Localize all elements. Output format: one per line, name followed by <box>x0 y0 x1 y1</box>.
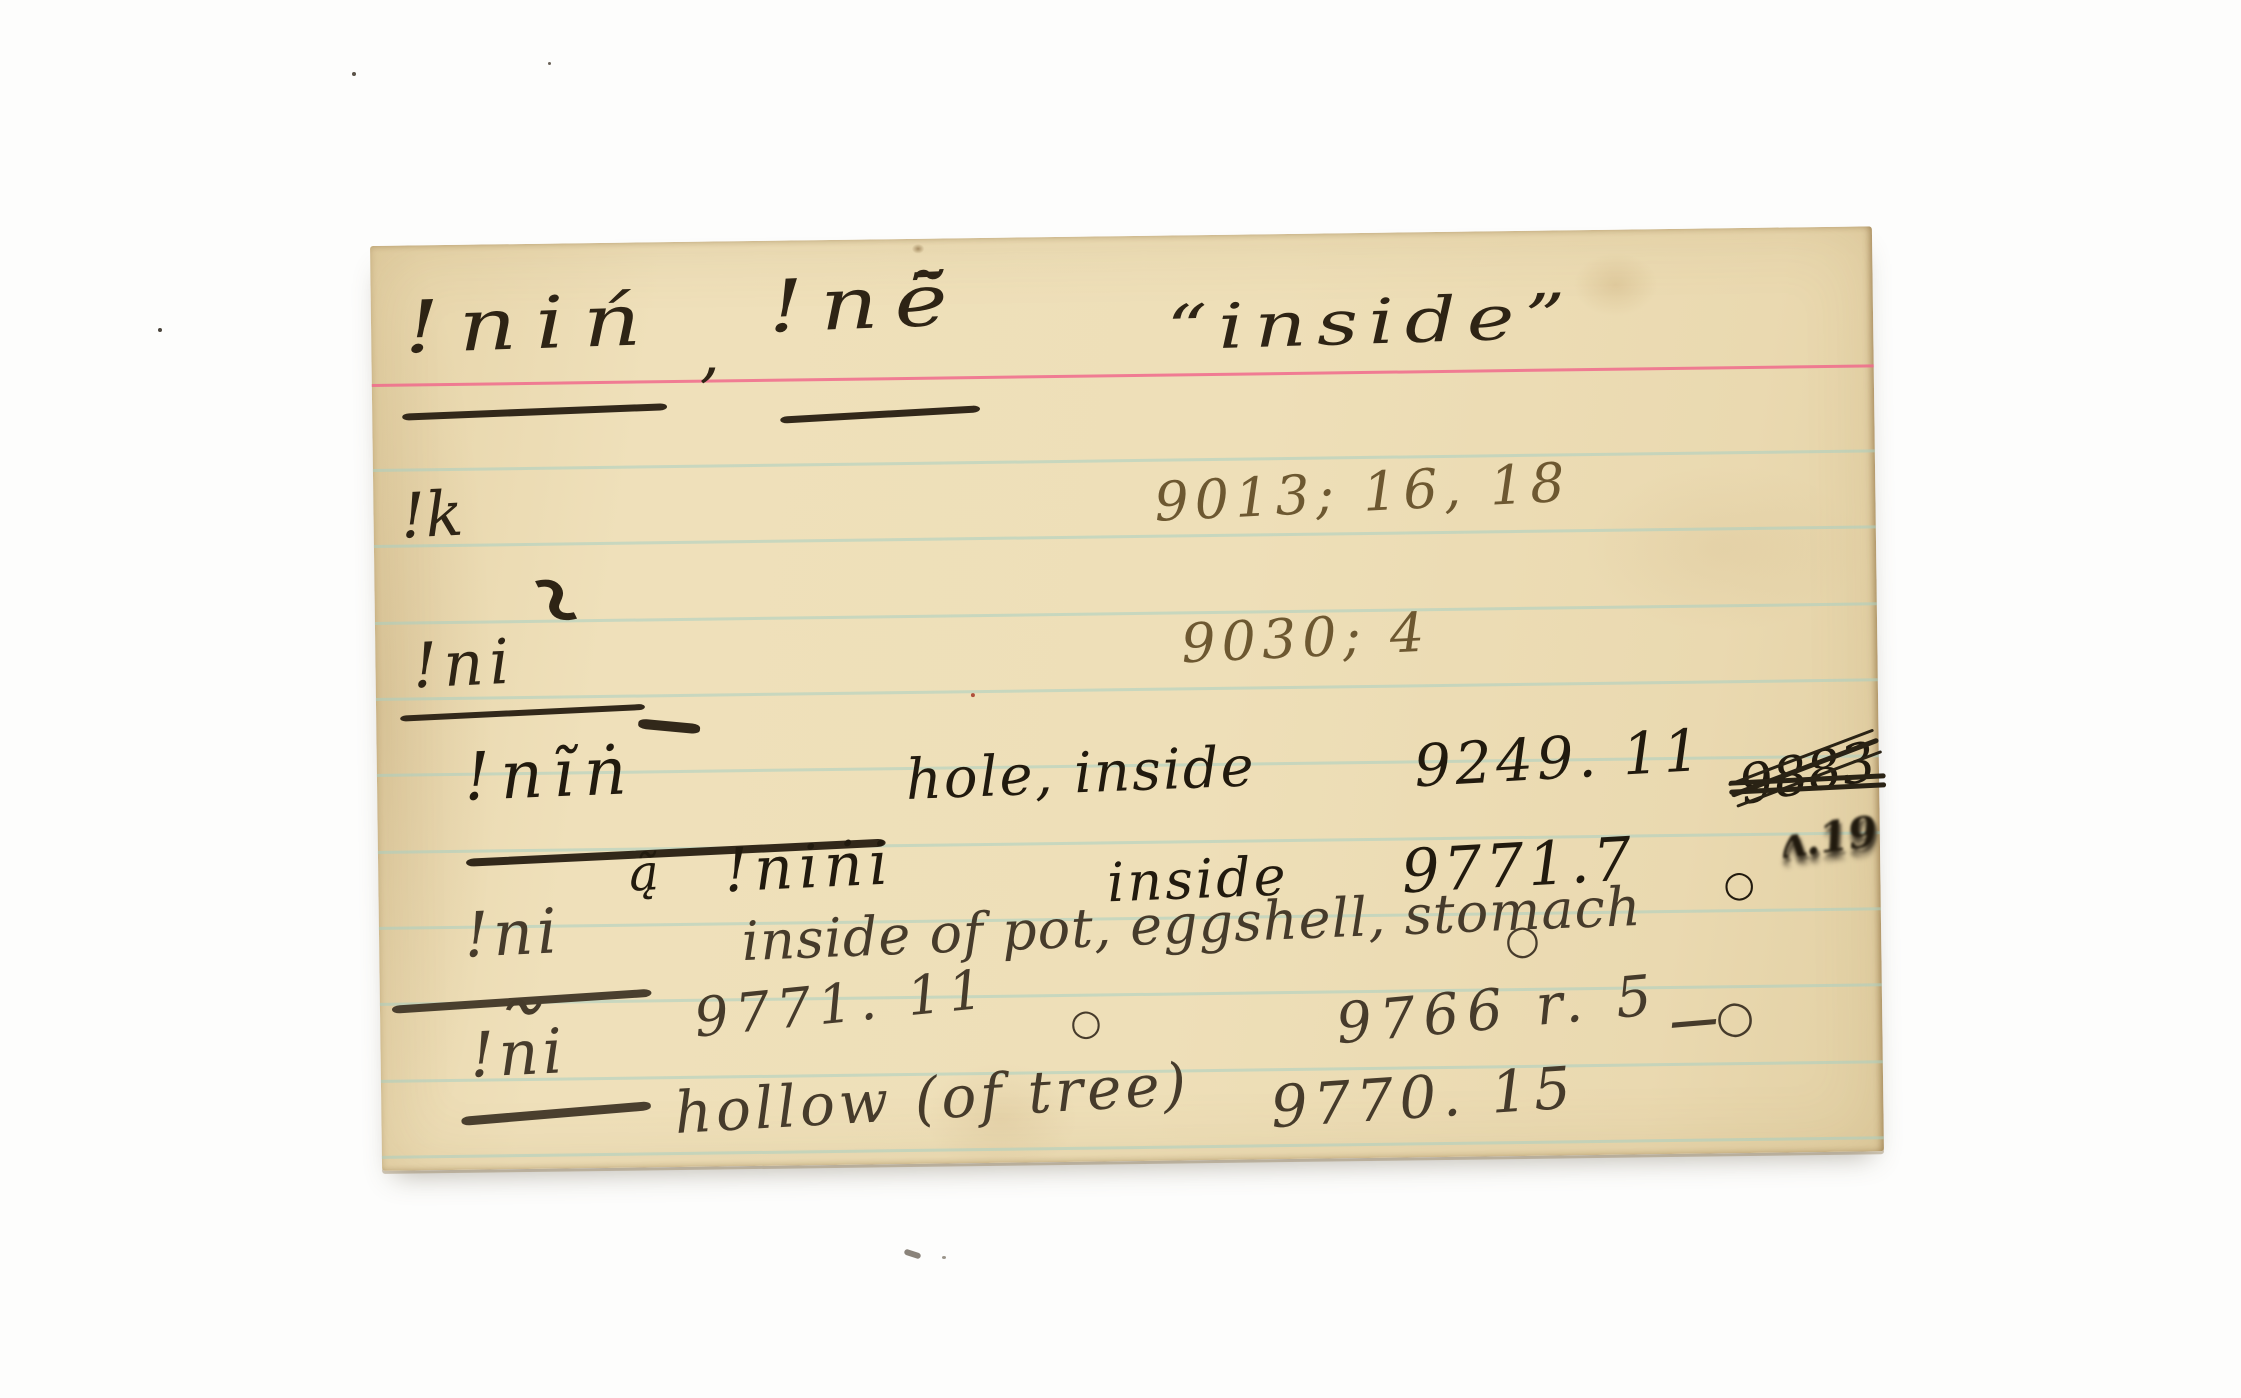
entry-form: !ni <box>463 900 563 967</box>
ink-stray-stroke <box>638 719 701 735</box>
red-ruled-line <box>372 364 1874 387</box>
blue-ruled-line <box>374 525 1876 548</box>
ink-underline <box>400 704 645 722</box>
entry-form: !nĩṅ <box>463 738 638 811</box>
scan-background: !niń , !nē̃ “inside” !k 9013; 16, 18 ˜ !… <box>0 0 2241 1398</box>
entry-form: !niṅi <box>723 833 895 901</box>
entry-gloss: hole, inside <box>905 739 1257 809</box>
entry-form: !ni <box>468 1020 568 1087</box>
circle-mark: ○ <box>1723 866 1755 902</box>
blue-ruled-line <box>375 602 1877 625</box>
paper-speck <box>942 1256 946 1259</box>
paper-speck <box>548 62 551 65</box>
blue-ruled-line <box>376 678 1878 701</box>
index-card: !niń , !nē̃ “inside” !k 9013; 16, 18 ˜ !… <box>370 226 1884 1171</box>
ink-underline <box>402 403 667 420</box>
ink-underline <box>780 405 980 423</box>
entry-refs: 9771. 11 <box>692 962 992 1045</box>
entry-refs: 9249. 11 <box>1413 721 1706 795</box>
headword-secondary: !nē̃ <box>766 263 965 343</box>
entry-gloss: hollow (of tree) <box>673 1055 1192 1142</box>
header-gloss: “inside” <box>1166 285 1577 359</box>
paper-speck <box>158 328 162 332</box>
entry-prefix: ą̃ <box>628 847 660 898</box>
ink-smudge-note: ʌ.19 <box>1778 810 1880 865</box>
paper-speck <box>903 1249 921 1260</box>
blue-ruled-line <box>373 449 1875 472</box>
headword-separator: , <box>699 321 720 385</box>
entry-refs: 9766 r. 5 <box>1334 968 1662 1053</box>
entry-refs: 9770. 15 <box>1269 1058 1578 1136</box>
ink-underline <box>461 1101 651 1126</box>
entry-refs: 9030; 4 <box>1180 605 1431 671</box>
dash-circle-mark: ―○ <box>1670 994 1756 1045</box>
circle-mark: ○ <box>1504 920 1541 962</box>
blue-ruled-line <box>382 1136 1884 1159</box>
entry-refs: 9013; 16, 18 <box>1153 456 1572 530</box>
circle-mark: ○ <box>1070 1004 1102 1040</box>
headword-primary: !niń <box>403 283 661 364</box>
entry-form: !ni <box>411 631 517 698</box>
paper-speck <box>352 72 356 76</box>
entry-form: !k <box>399 483 464 548</box>
crossed-out-number: 9883 <box>1735 735 1880 814</box>
card-speck <box>971 693 975 697</box>
